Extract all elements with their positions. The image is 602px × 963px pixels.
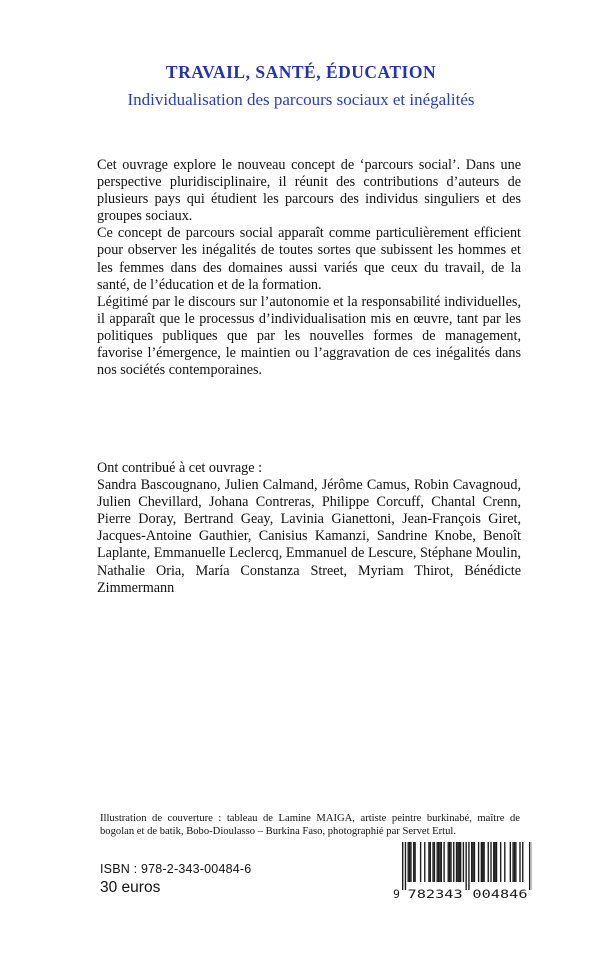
synopsis-paragraph-3: Légitimé par le discours sur l’autonomie… xyxy=(97,294,521,379)
contributors-intro: Ont contribué à cet ouvrage : xyxy=(97,460,521,477)
synopsis-paragraph-2: Ce concept de parcours social apparaît c… xyxy=(97,225,521,293)
title-block: TRAVAIL, SANTÉ, ÉDUCATION Individualisat… xyxy=(0,62,602,110)
price: 30 euros xyxy=(100,879,251,897)
ean13-barcode: 9782343004846 xyxy=(392,842,532,900)
svg-text:004846: 004846 xyxy=(472,887,527,900)
synopsis-paragraph-1: Cet ouvrage explore le nouveau concept d… xyxy=(97,157,521,225)
contributors-names: Sandra Bascougnano, Julien Calmand, Jérô… xyxy=(97,477,521,597)
synopsis: Cet ouvrage explore le nouveau concept d… xyxy=(97,157,521,379)
svg-text:782343: 782343 xyxy=(408,887,463,900)
isbn-number: ISBN : 978-2-343-00484-6 xyxy=(100,862,251,876)
svg-text:9: 9 xyxy=(393,887,400,900)
book-title: TRAVAIL, SANTÉ, ÉDUCATION xyxy=(0,62,602,83)
isbn-block: ISBN : 978-2-343-00484-6 30 euros xyxy=(100,862,251,897)
book-back-cover: TRAVAIL, SANTÉ, ÉDUCATION Individualisat… xyxy=(0,0,602,963)
cover-illustration-credit: Illustration de couverture : tableau de … xyxy=(100,812,520,838)
contributors-section: Ont contribué à cet ouvrage : Sandra Bas… xyxy=(97,460,521,597)
book-subtitle: Individualisation des parcours sociaux e… xyxy=(0,90,602,110)
